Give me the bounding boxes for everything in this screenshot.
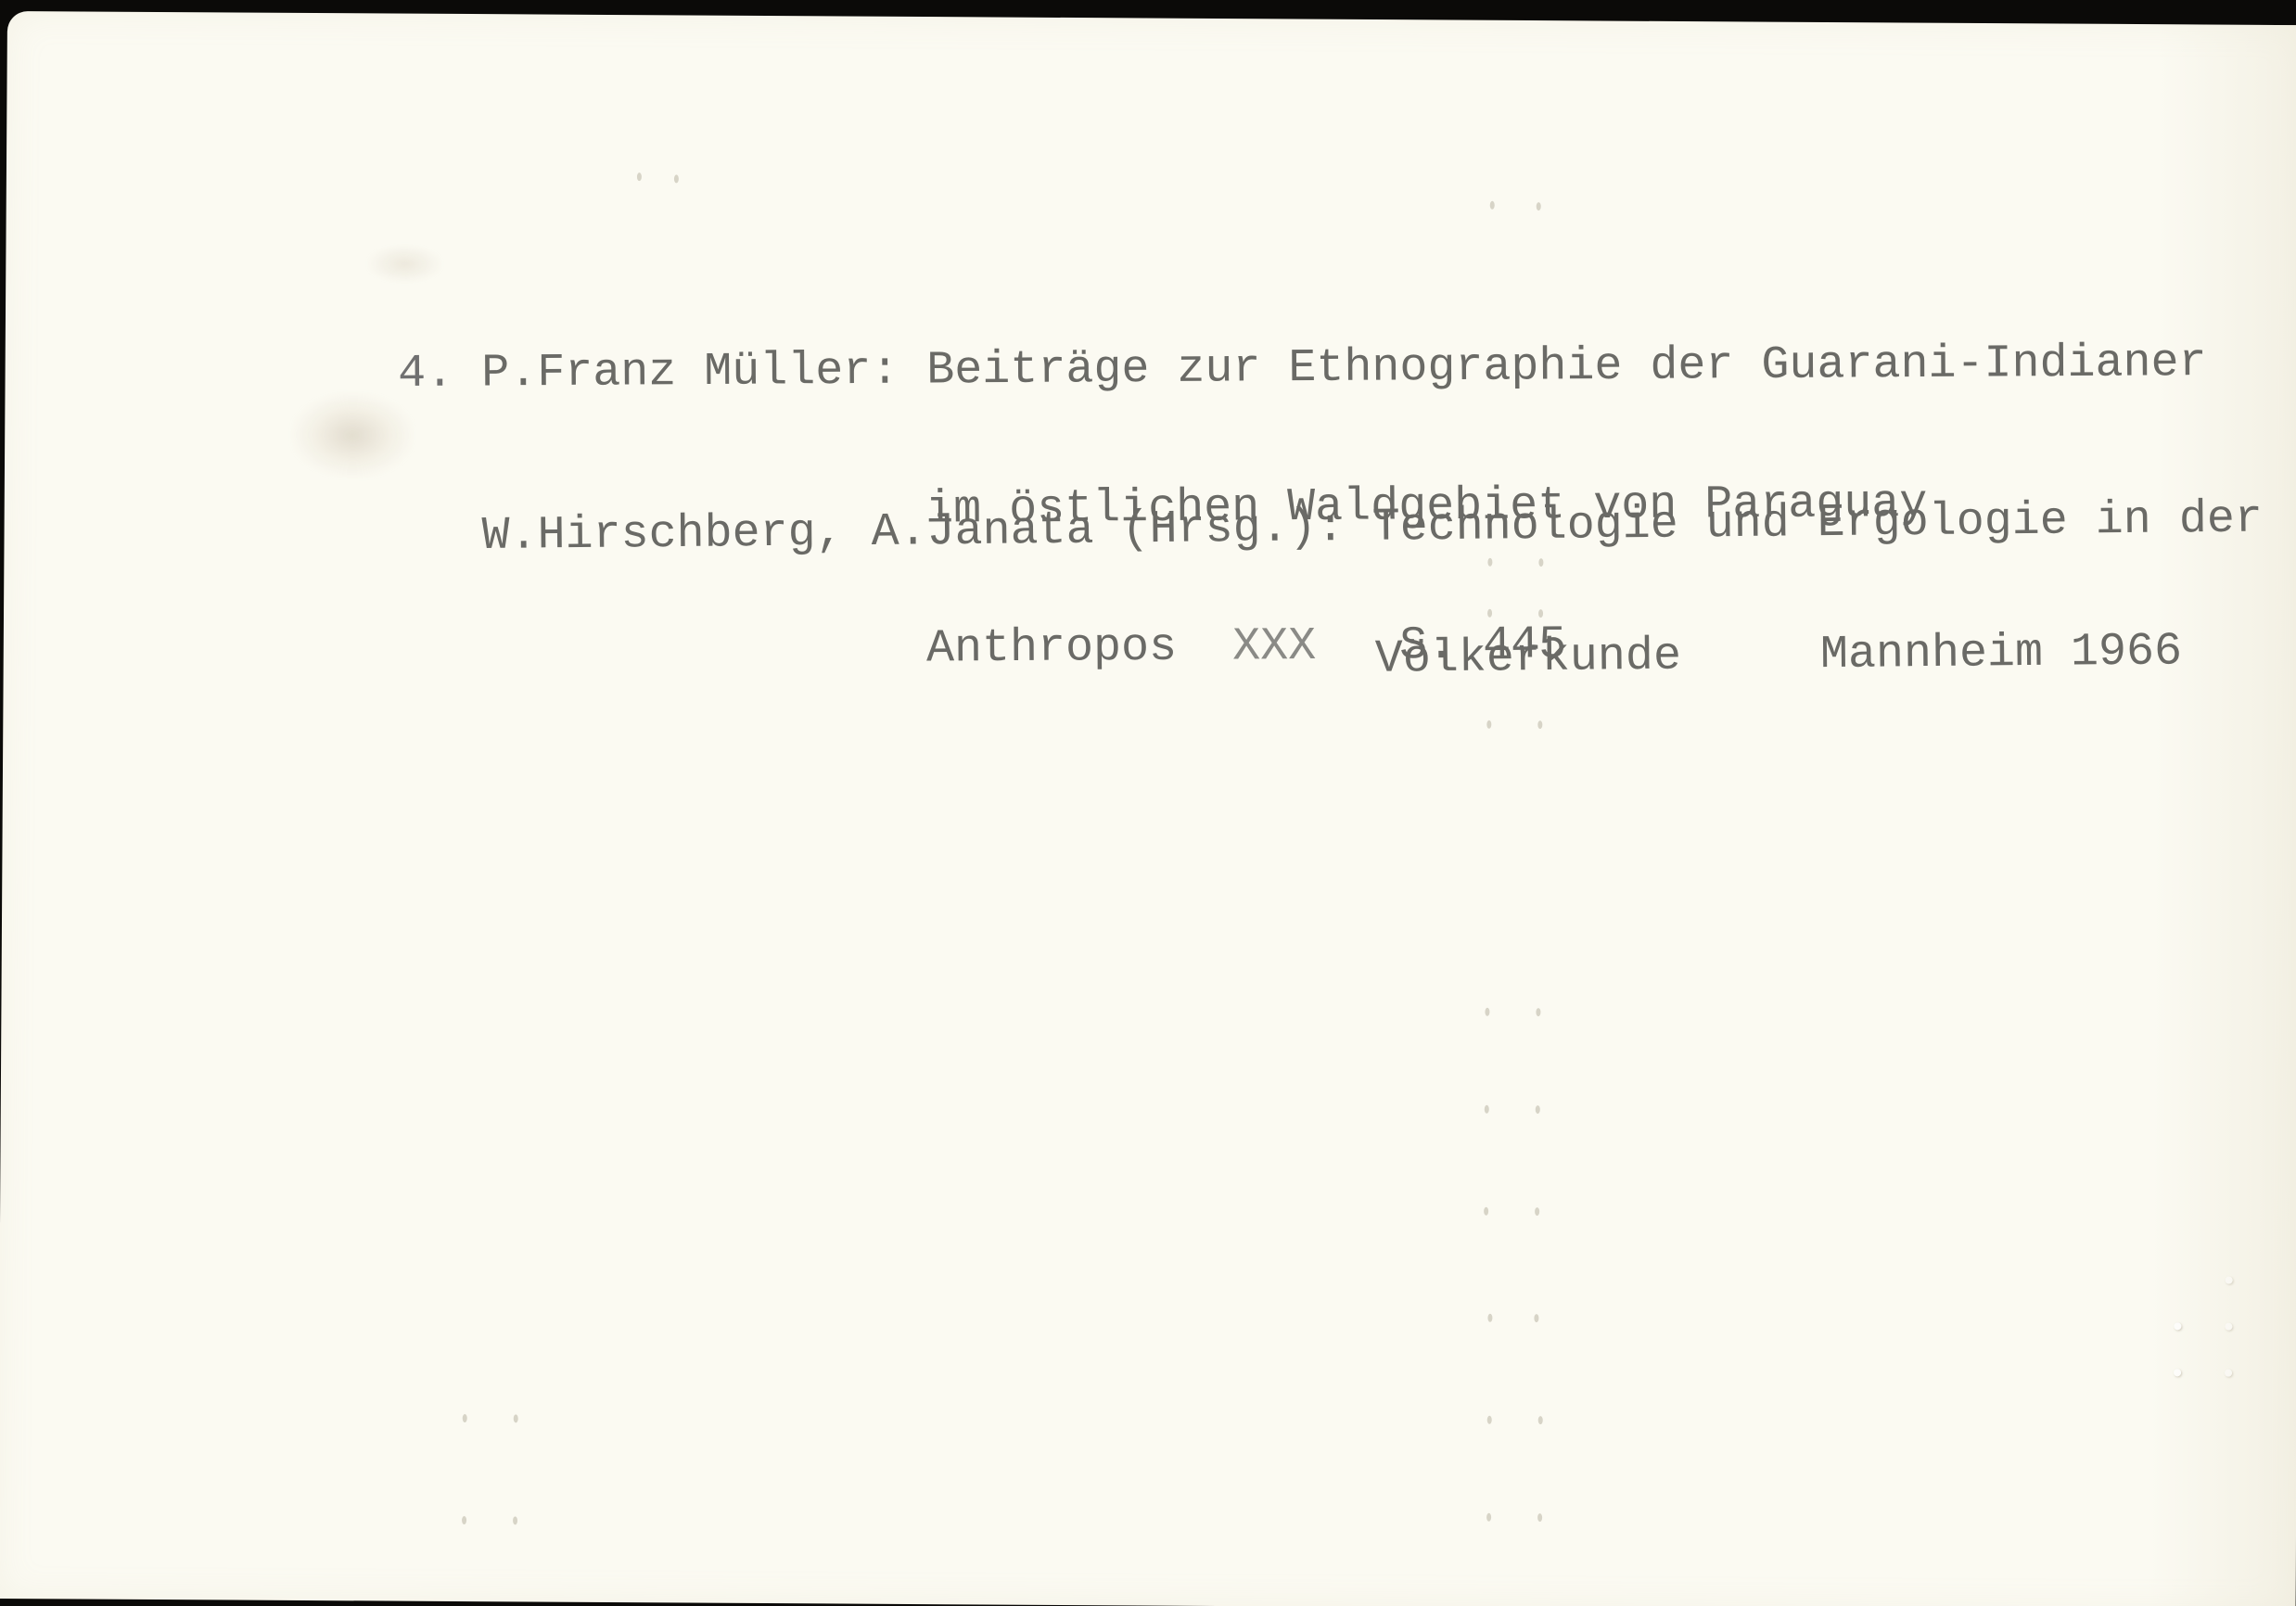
entry-title-line: Technologie und Ergologie in der bbox=[1371, 493, 2263, 554]
perforation-mark bbox=[1486, 720, 1491, 729]
perforation-mark bbox=[1536, 1105, 1540, 1114]
perforation-mark bbox=[2225, 1323, 2232, 1331]
perforation-mark bbox=[674, 174, 679, 183]
perforation-mark bbox=[463, 1414, 467, 1422]
entry-number: 4. bbox=[398, 348, 453, 401]
perforation-mark bbox=[1487, 1314, 1492, 1322]
perforation-mark bbox=[2174, 1369, 2181, 1376]
perforation-mark bbox=[462, 1516, 466, 1524]
entry-2-line-2: Völkerkunde Mannheim 1966 bbox=[483, 629, 2264, 684]
perforation-mark bbox=[1487, 1416, 1492, 1424]
perforation-mark bbox=[1537, 720, 1542, 729]
perforation-mark bbox=[1484, 1207, 1488, 1216]
perforation-mark bbox=[2226, 1277, 2233, 1284]
entry-1-line-1: 4. P.Franz Müller: Beiträge zur Ethnogra… bbox=[398, 340, 2207, 398]
perforation-mark bbox=[1485, 1008, 1489, 1016]
entry-author: P.Franz Müller: bbox=[481, 345, 899, 401]
perforation-mark bbox=[513, 1516, 517, 1524]
perforation-mark bbox=[1534, 1314, 1538, 1322]
perforation-mark bbox=[1485, 1105, 1489, 1114]
perforation-mark bbox=[1490, 201, 1495, 210]
perforation-mark bbox=[514, 1414, 518, 1422]
perforation-mark bbox=[1486, 1513, 1491, 1522]
bibliography-entry-2: W.Hirschberg, A.Janata (Hrsg.): Technolo… bbox=[480, 404, 2264, 731]
perforation-mark bbox=[2225, 1370, 2232, 1377]
perforation-mark bbox=[1537, 1513, 1542, 1522]
perforation-mark bbox=[1537, 202, 1541, 210]
entry-title-line: Völkerkunde bbox=[1375, 631, 1682, 686]
ink-smudge bbox=[292, 393, 414, 478]
entry-place-year: Mannheim 1966 bbox=[1820, 625, 2183, 682]
entry-author: W.Hirschberg, A.Janata (Hrsg.): bbox=[481, 502, 1345, 563]
perforation-mark bbox=[1535, 1207, 1539, 1216]
perforation-mark bbox=[2174, 1322, 2181, 1330]
entry-2-line-1: W.Hirschberg, A.Janata (Hrsg.): Technolo… bbox=[481, 497, 2263, 553]
perforation-mark bbox=[1536, 1008, 1540, 1016]
perforation-mark bbox=[1538, 1416, 1543, 1424]
perforation-mark bbox=[637, 172, 642, 181]
entry-title-line: Beiträge zur Ethnographie der Guarani-In… bbox=[926, 337, 2207, 397]
